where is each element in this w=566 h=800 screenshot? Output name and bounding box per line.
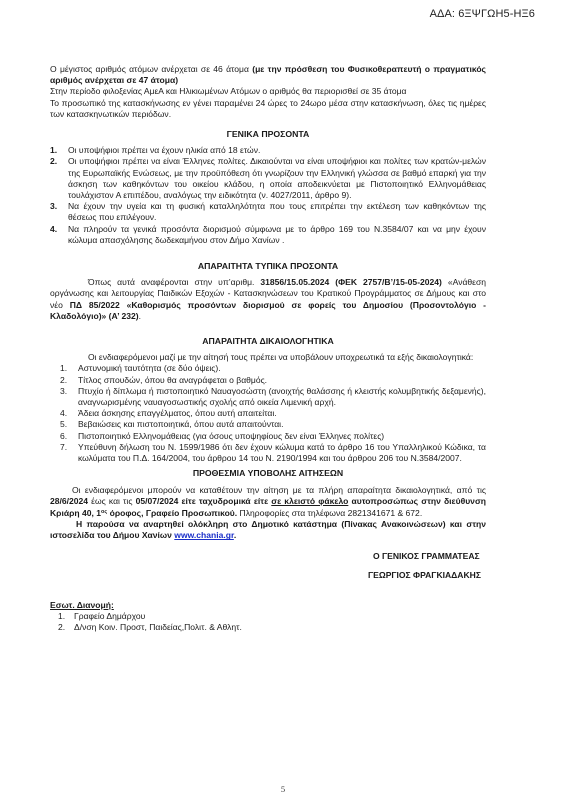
list-item: 5.Βεβαιώσεις και πιστοποιητικά, όπου αυτ… [50, 419, 486, 430]
page-number: 5 [0, 784, 566, 794]
required-documents-list: 1.Αστυνομική ταυτότητα (σε δύο όψεις). 2… [50, 363, 486, 464]
list-item: 2.Δ/νση Κοιν. Προστ, Παιδείας,Πολιτ. & Α… [50, 622, 486, 633]
internal-distribution-list: 1.Γραφείο Δημάρχου 2.Δ/νση Κοιν. Προστ, … [50, 611, 486, 633]
list-item: 4.Άδεια άσκησης επαγγέλματος, όπου αυτή … [50, 408, 486, 419]
list-item: 3.Πτυχίο ή δίπλωμα ή πιστοποιητικό Ναυαγ… [50, 386, 486, 408]
intro-max-persons: Ο μέγιστος αριθμός ατόμων ανέρχεται σε 4… [50, 64, 486, 86]
list-item: 1.Γραφείο Δημάρχου [50, 611, 486, 622]
signature-role: Ο ΓΕΝΙΚΟΣ ΓΡΑΜΜΑΤΕΑΣ [373, 551, 486, 562]
list-item: 1.Αστυνομική ταυτότητα (σε δύο όψεις). [50, 363, 486, 374]
general-qualifications-heading: ΓΕΝΙΚΑ ΠΡΟΣΟΝΤΑ [50, 129, 486, 140]
required-documents-intro: Οι ενδιαφερόμενοι μαζί με την αίτησή του… [50, 352, 486, 363]
list-item: 2.Τίτλος σπουδών, όπου θα αναγράφεται ο … [50, 375, 486, 386]
document-body: Ο μέγιστος αριθμός ατόμων ανέρχεται σε 4… [50, 64, 486, 634]
list-item: 2.Οι υποψήφιοι πρέπει να είναι Έλληνες π… [50, 156, 486, 201]
posting-notice: Η παρούσα να αναρτηθεί ολόκληρη στο Δημο… [50, 519, 486, 541]
deadline-text: Οι ενδιαφερόμενοι μπορούν να καταθέτουν … [50, 485, 486, 520]
list-item: 3.Να έχουν την υγεία και τη φυσική καταλ… [50, 201, 486, 223]
chania-website-link[interactable]: www.chania.gr [174, 530, 234, 540]
list-item: 1.Οι υποψήφιοι πρέπει να έχουν ηλικία απ… [50, 145, 486, 156]
ada-code: ΑΔΑ: 6ΞΨΓΩΗ5-ΗΞ6 [0, 8, 535, 20]
internal-distribution-heading: Εσωτ. Διανομή: [50, 600, 486, 611]
formal-qualifications-heading: ΑΠΑΡΑΙΤΗΤΑ ΤΥΠΙΚΑ ΠΡΟΣΟΝΤΑ [50, 261, 486, 272]
required-documents-heading: ΑΠΑΡΑΙΤΗΤΑ ΔΙΚΑΙΟΛΟΓΗΤΙΚΑ [50, 336, 486, 347]
signature-name: ΓΕΩΡΓΙΟΣ ΦΡΑΓΚΙΑΔΑΚΗΣ [368, 570, 486, 581]
general-qualifications-list: 1.Οι υποψήφιοι πρέπει να έχουν ηλικία απ… [50, 145, 486, 246]
list-item: 6.Πιστοποιητικό Ελληνομάθειας (για όσους… [50, 431, 486, 442]
deadline-heading: ΠΡΟΘΕΣΜΙΑ ΥΠΟΒΟΛΗΣ ΑΙΤΗΣΕΩΝ [50, 468, 486, 479]
list-item: 7.Υπεύθυνη δήλωση του Ν. 1599/1986 ότι δ… [50, 442, 486, 464]
formal-qualifications-text: Όπως αυτά αναφέρονται στην υπ’αριθμ. 318… [50, 277, 486, 322]
list-item: 4.Να πληρούν τα γενικά προσόντα διορισμο… [50, 224, 486, 246]
intro-staff: Το προσωπικό της κατασκήνωσης εν γένει π… [50, 98, 486, 120]
intro-amea: Στην περίοδο φιλοξενίας ΑμεΑ και Ηλικιωμ… [50, 86, 486, 97]
